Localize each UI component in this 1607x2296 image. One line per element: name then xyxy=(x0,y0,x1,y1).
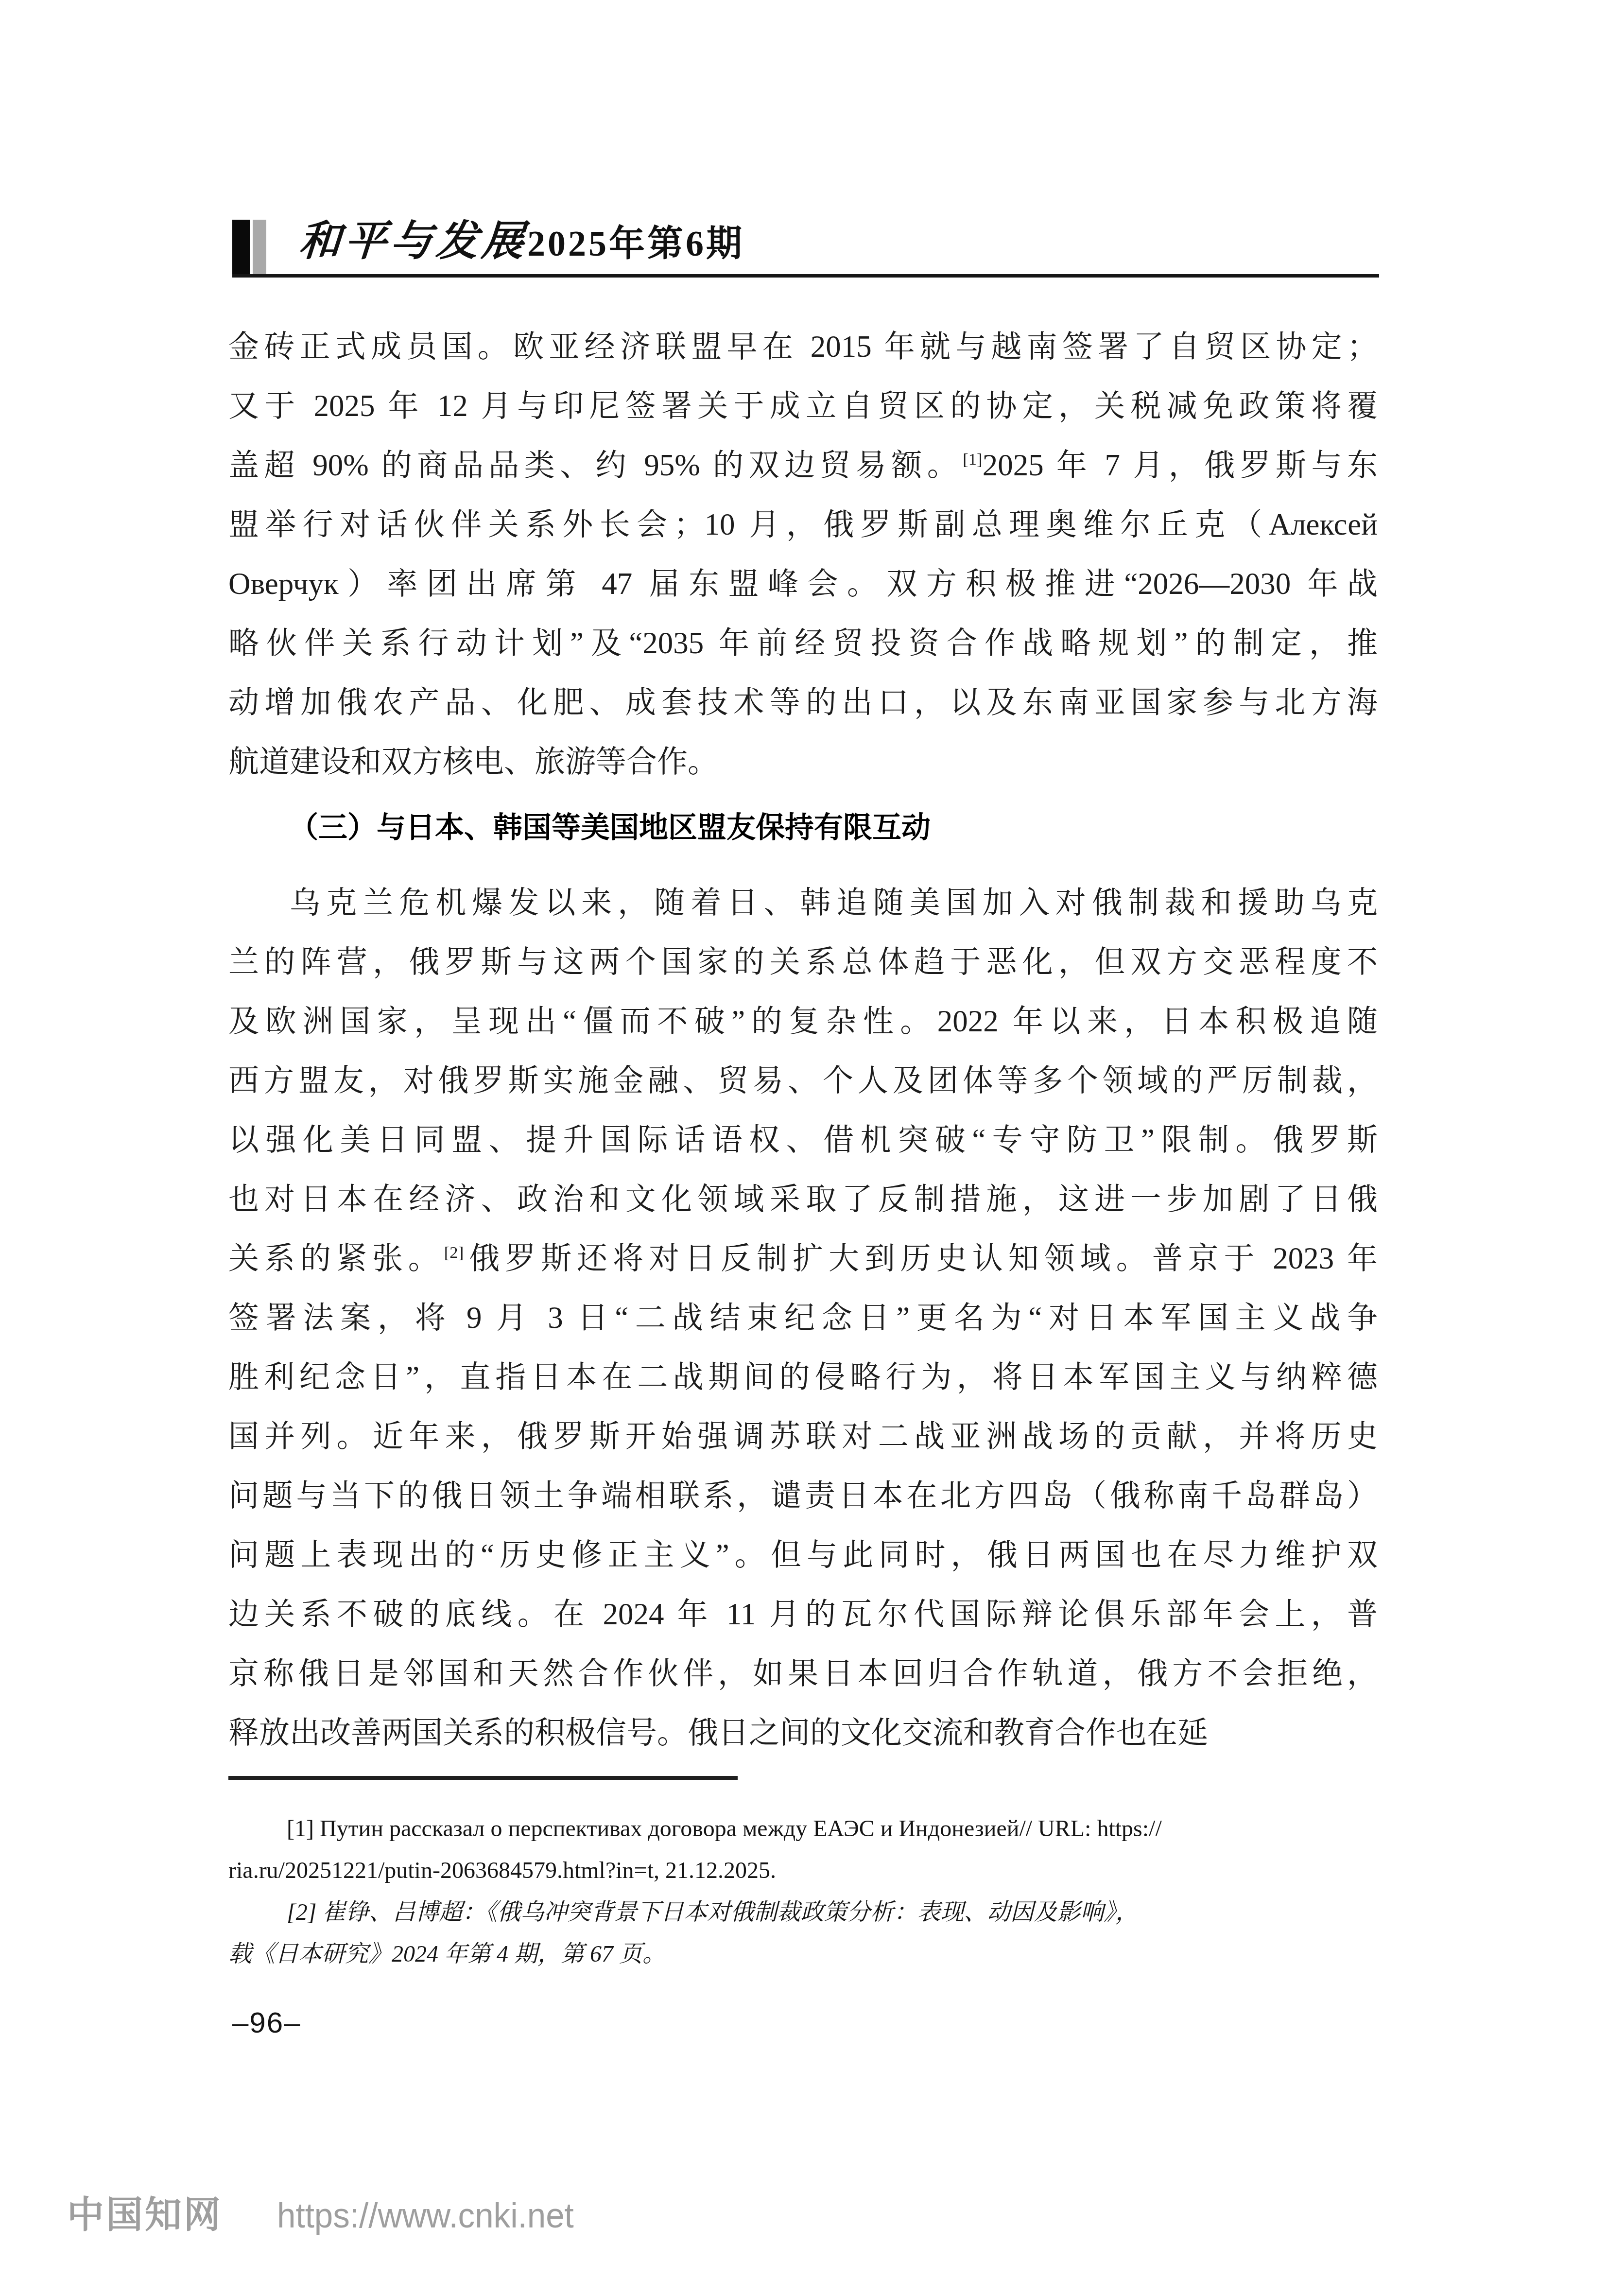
text-line: 兰的阵营，俄罗斯与这两个国家的关系总体趋于恶化，但双方交恶程度不 xyxy=(228,932,1378,991)
text-line: 边关系不破的底线。在 2024 年 11 月的瓦尔代国际辩论俱乐部年会上，普 xyxy=(228,1584,1378,1644)
text-line: 释放出改善两国关系的积极信号。俄日之间的文化交流和教育合作也在延 xyxy=(228,1703,1378,1762)
text-line: 又于 2025 年 12 月与印尼签署关于成立自贸区的协定，关税减免政策将覆 xyxy=(228,376,1378,435)
text-line: 问题与当下的俄日领土争端相联系，谴责日本在北方四岛（俄称南千岛群岛） xyxy=(228,1466,1378,1525)
text-line: 关系的紧张。[2]俄罗斯还将对日反制扩大到历史认知领域。普京于 2023 年 xyxy=(228,1229,1378,1288)
footnote-ref-1: [1] xyxy=(963,450,982,469)
header-rule xyxy=(232,274,1379,278)
footnote-1-line-2: ria.ru/20251221/putin-2063684579.html?in… xyxy=(228,1850,1378,1892)
text-segment: 关系的紧张。 xyxy=(228,1241,444,1275)
header-accent-bar-gray xyxy=(253,220,266,276)
text-line: 西方盟友，对俄罗斯实施金融、贸易、个人及团体等多个领域的严厉制裁， xyxy=(228,1051,1378,1110)
text-line: 国并列。近年来，俄罗斯开始强调苏联对二战亚洲战场的贡献，并将历史 xyxy=(228,1407,1378,1466)
text-line: 以强化美日同盟、提升国际话语权、借机突破“专守防卫”限制。俄罗斯 xyxy=(228,1110,1378,1169)
cnki-logo-text: 中国知网 xyxy=(67,2193,223,2238)
section-heading: （三）与日本、韩国等美国地区盟友保持有限互动 xyxy=(228,798,1378,857)
text-line: 胜利纪念日”，直指日本在二战期间的侵略行为，将日本军国主义与纳粹德 xyxy=(228,1347,1378,1407)
footnote-2-line-2: 载《日本研究》2024 年第 4 期，第 67 页。 xyxy=(228,1933,1378,1975)
issue-label: 2025年第6期 xyxy=(527,222,744,266)
page-number: –96– xyxy=(232,2005,301,2040)
text-line: 动增加俄农产品、化肥、成套技术等的出口，以及东南亚国家参与北方海 xyxy=(228,673,1378,732)
text-segment: 盖超 90% 的商品品类、约 95% 的双边贸易额。 xyxy=(228,448,963,482)
footnote-separator xyxy=(228,1776,738,1780)
body-text: 金砖正式成员国。欧亚经济联盟早在 2015 年就与越南签署了自贸区协定； 又于 … xyxy=(228,317,1378,1762)
text-segment: 2025 年 7 月，俄罗斯与东 xyxy=(983,448,1378,482)
text-line: 盟举行对话伙伴关系外长会；10 月，俄罗斯副总理奥维尔丘克（Алексей xyxy=(228,495,1378,554)
journal-title: 和平与发展 xyxy=(297,217,529,265)
text-line: 问题上表现出的“历史修正主义”。但与此同时，俄日两国也在尽力维护双 xyxy=(228,1525,1378,1584)
text-line: 也对日本在经济、政治和文化领域采取了反制措施，这进一步加剧了日俄 xyxy=(228,1169,1378,1229)
text-line: 金砖正式成员国。欧亚经济联盟早在 2015 年就与越南签署了自贸区协定； xyxy=(228,317,1378,376)
text-line: 签署法案，将 9 月 3 日“二战结束纪念日”更名为“对日本军国主义战争 xyxy=(228,1288,1378,1347)
text-line: 及欧洲国家，呈现出“僵而不破”的复杂性。2022 年以来，日本积极追随 xyxy=(228,991,1378,1051)
footnote-2-line-1: [2] 崔铮、吕博超：《俄乌冲突背景下日本对俄制裁政策分析：表现、动因及影响》， xyxy=(228,1892,1378,1933)
text-line: 京称俄日是邻国和天然合作伙伴，如果日本回归合作轨道，俄方不会拒绝， xyxy=(228,1644,1378,1703)
cnki-url: https://www.cnki.net xyxy=(277,2193,574,2238)
footnote-1-line-1: [1] Путин рассказал о перспективах догов… xyxy=(228,1808,1378,1850)
watermark-footer: 中国知网https://www.cnki.net xyxy=(67,2193,586,2238)
text-line: 乌克兰危机爆发以来，随着日、韩追随美国加入对俄制裁和援助乌克 xyxy=(228,873,1378,932)
text-line: 略伙伴关系行动计划”及“2035 年前经贸投资合作战略规划”的制定，推 xyxy=(228,613,1378,673)
text-line: 航道建设和双方核电、旅游等合作。 xyxy=(228,732,1378,791)
text-line: Оверчук）率团出席第 47 届东盟峰会。双方积极推进“2026—2030 … xyxy=(228,554,1378,613)
footnote-ref-2: [2] xyxy=(444,1243,464,1262)
journal-page: 和平与发展 2025年第6期 金砖正式成员国。欧亚经济联盟早在 2015 年就与… xyxy=(0,0,1607,2296)
footnotes: [1] Путин рассказал о перспективах догов… xyxy=(228,1808,1378,1975)
text-line: 盖超 90% 的商品品类、约 95% 的双边贸易额。[1]2025 年 7 月，… xyxy=(228,435,1378,495)
header-accent-bar-black xyxy=(232,220,250,276)
text-segment: 俄罗斯还将对日反制扩大到历史认知领域。普京于 2023 年 xyxy=(464,1241,1378,1275)
